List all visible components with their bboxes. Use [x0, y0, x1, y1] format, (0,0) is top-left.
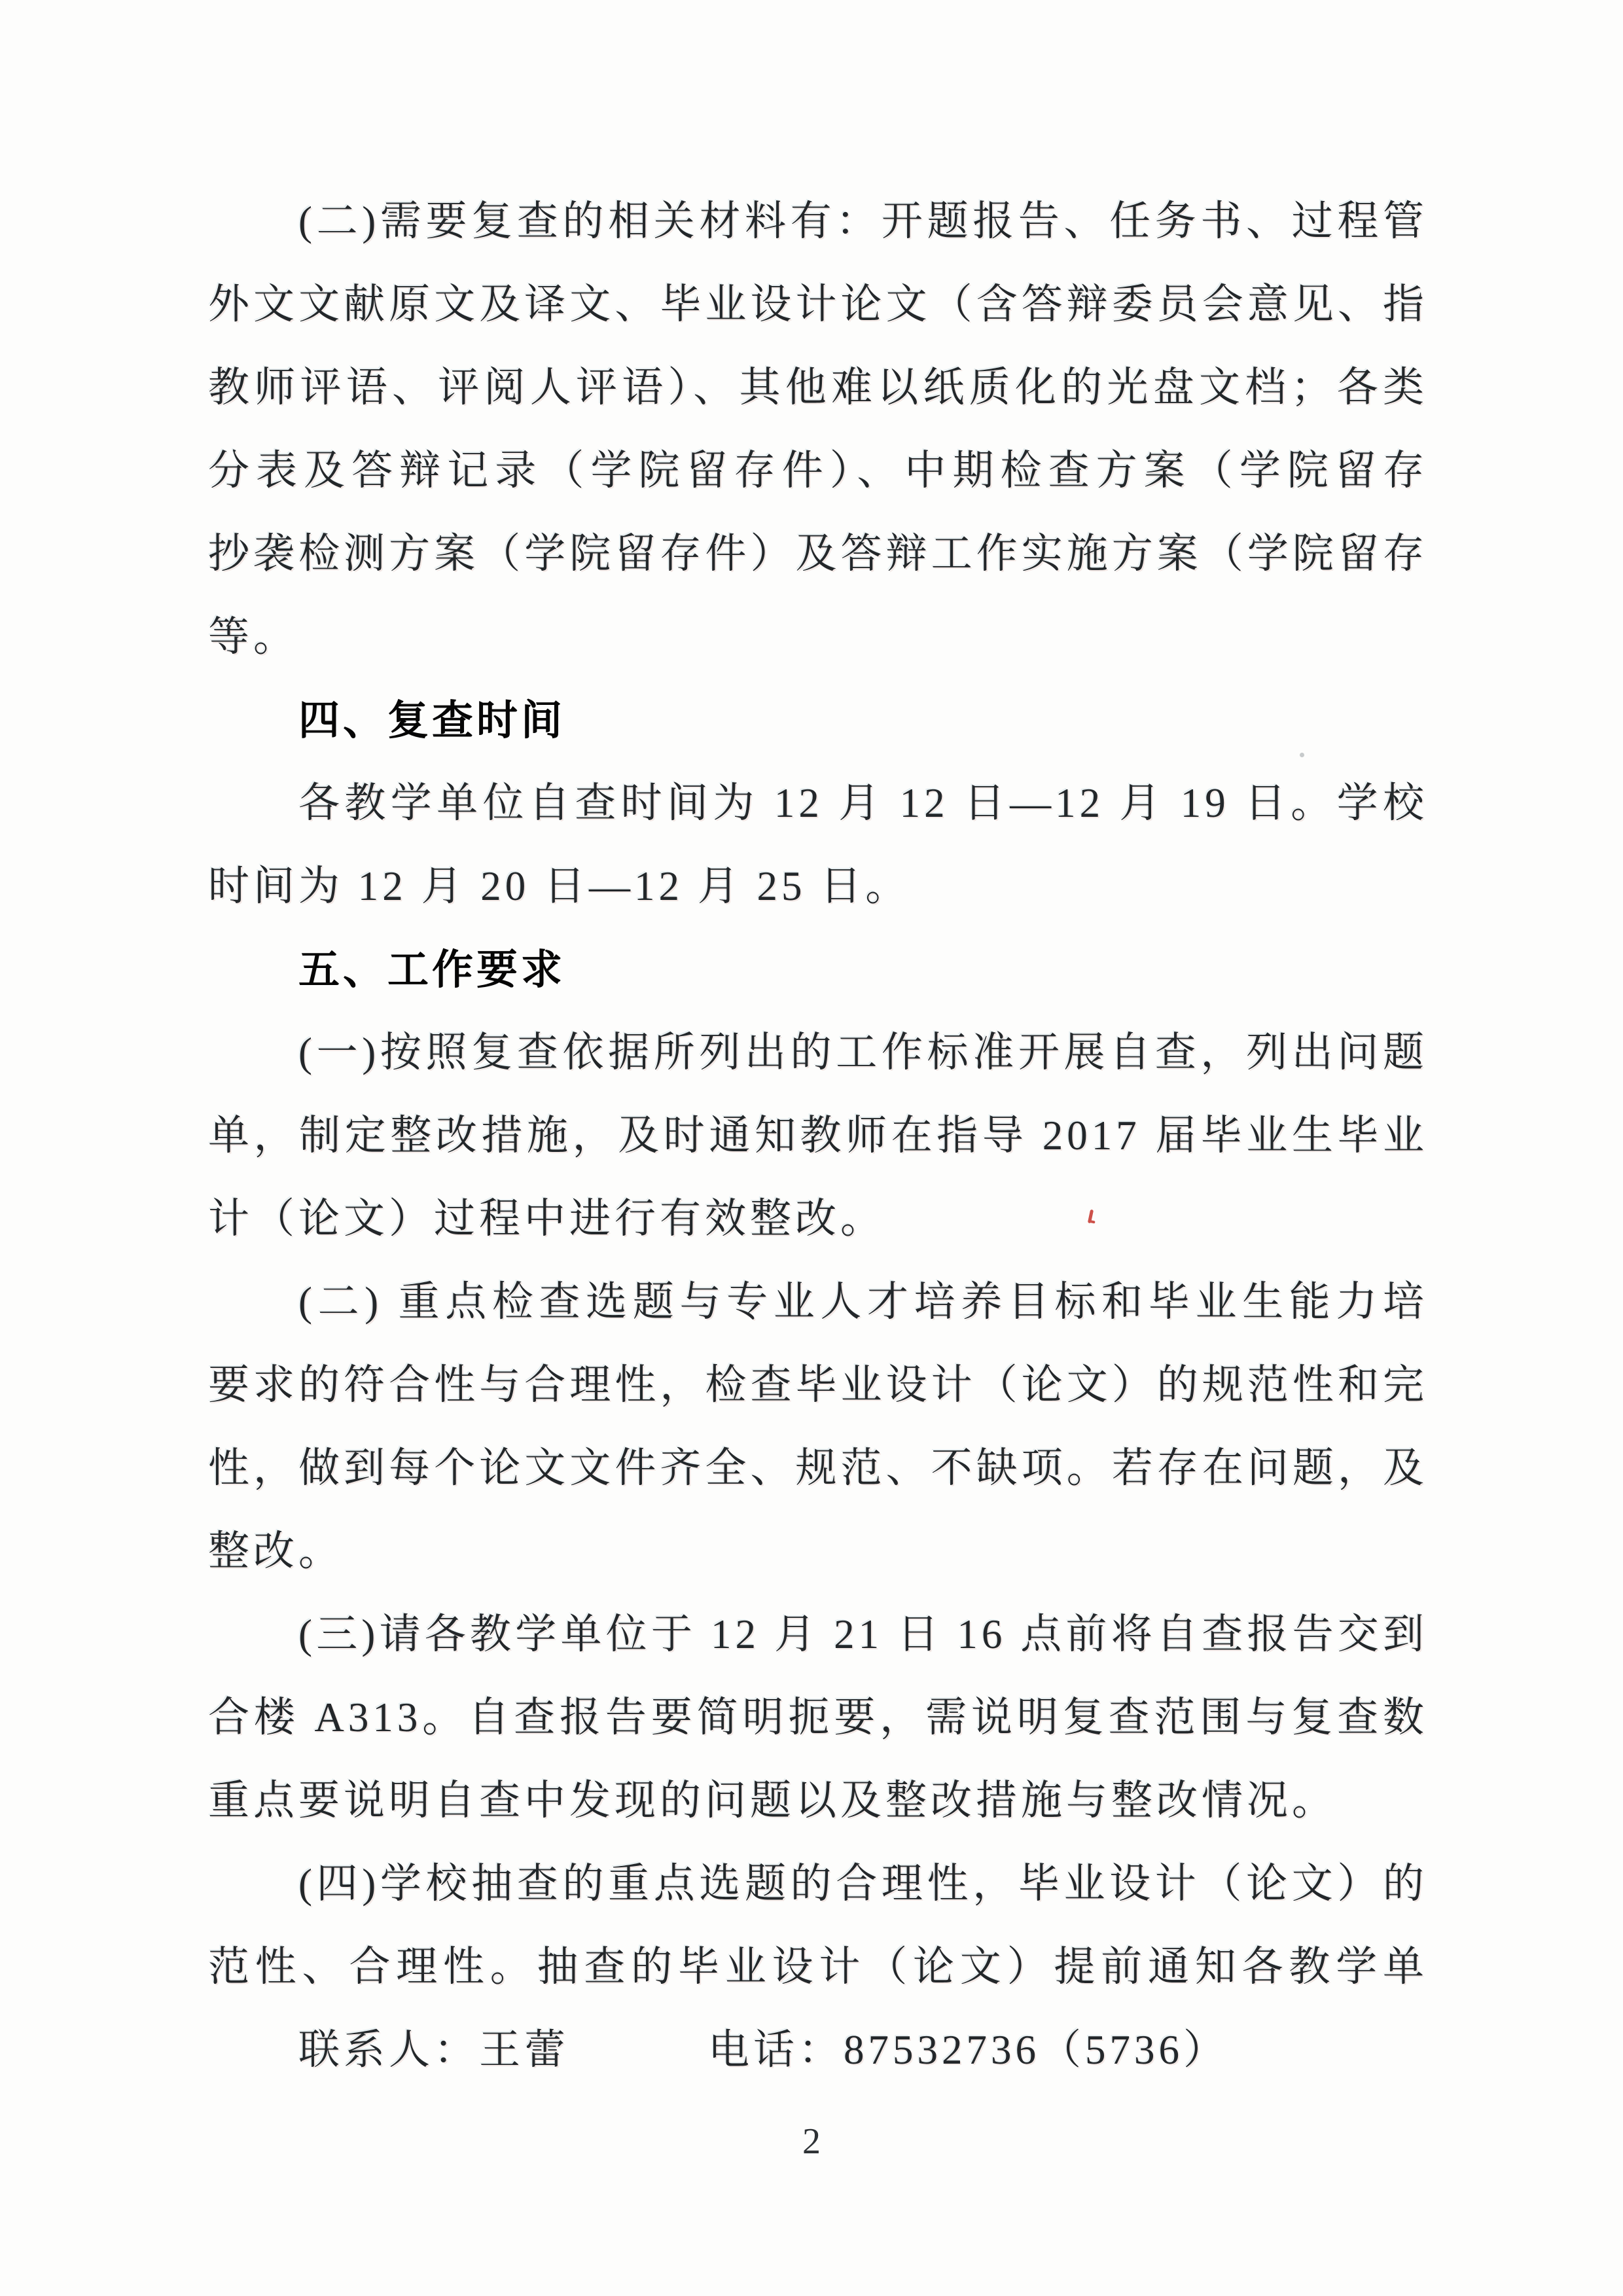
body-text-line: 抄袭检测方案（学院留存件）及答辩工作实施方案（学院留存件）	[208, 512, 1428, 596]
body-text-line: 教师评语、评阅人评语）、其他难以纸质化的光盘文档；各类评	[208, 346, 1428, 429]
page-number: 2	[0, 2121, 1623, 2162]
gray-dust-speck	[1300, 753, 1304, 757]
document-body: (二)需要复查的相关材料有：开题报告、任务书、过程管理、外文文献原文及译文、毕业…	[208, 180, 1428, 2092]
document-page: (二)需要复查的相关材料有：开题报告、任务书、过程管理、外文文献原文及译文、毕业…	[0, 0, 1623, 2296]
contact-phone-label: 电话：	[708, 2027, 844, 2073]
body-text-line: (三)请各教学单位于 12 月 21 日 16 点前将自查报告交到综	[208, 1593, 1428, 1676]
body-text-line: 外文文献原文及译文、毕业设计论文（含答辩委员会意见、指导	[208, 263, 1428, 346]
body-text-line: 范性、合理性。抽查的毕业设计（论文）提前通知各教学单位。	[208, 1926, 1428, 2009]
body-text-line: 要求的符合性与合理性，检查毕业设计（论文）的规范性和完备	[208, 1344, 1428, 1427]
body-text-line: 合楼 A313。自查报告要简明扼要，需说明复查范围与复查数量，	[208, 1676, 1428, 1759]
body-text-line: 计（论文）过程中进行有效整改。	[208, 1177, 1428, 1261]
body-text-line: 各教学单位自查时间为 12 月 12 日—12 月 19 日。学校抽查	[208, 762, 1428, 845]
body-text-line: 时间为 12 月 20 日—12 月 25 日。	[208, 845, 1428, 928]
body-text-line: 整改。	[208, 1510, 1428, 1593]
body-text-line: (二) 重点检查选题与专业人才培养目标和毕业生能力培养	[208, 1261, 1428, 1344]
body-text-line: (四)学校抽查的重点选题的合理性，毕业设计（论文）的规	[208, 1842, 1428, 1926]
contact-name: 王蕾	[479, 2027, 569, 2073]
body-text-line: 分表及答辩记录（学院留存件）、中期检查方案（学院留存件）、	[208, 429, 1428, 512]
section-heading: 四、复查时间	[208, 679, 1428, 762]
body-text-line: (一)按照复查依据所列出的工作标准开展自查，列出问题清	[208, 1011, 1428, 1094]
contact-line: 联系人：王蕾电话：87532736（5736）	[208, 2009, 1428, 2092]
section-heading: 五、工作要求	[208, 928, 1428, 1011]
body-text-line: 性，做到每个论文文件齐全、规范、不缺项。若存在问题，及时	[208, 1427, 1428, 1510]
contact-name-label: 联系人：	[298, 2027, 479, 2073]
body-text-line: 等。	[208, 596, 1428, 679]
body-text-line: 单，制定整改措施，及时通知教师在指导 2017 届毕业生毕业设	[208, 1094, 1428, 1177]
body-text-line: (二)需要复查的相关材料有：开题报告、任务书、过程管理、	[208, 180, 1428, 263]
contact-phone: 87532736（5736）	[844, 2027, 1228, 2073]
body-text-line: 重点要说明自查中发现的问题以及整改措施与整改情况。	[208, 1759, 1428, 1842]
